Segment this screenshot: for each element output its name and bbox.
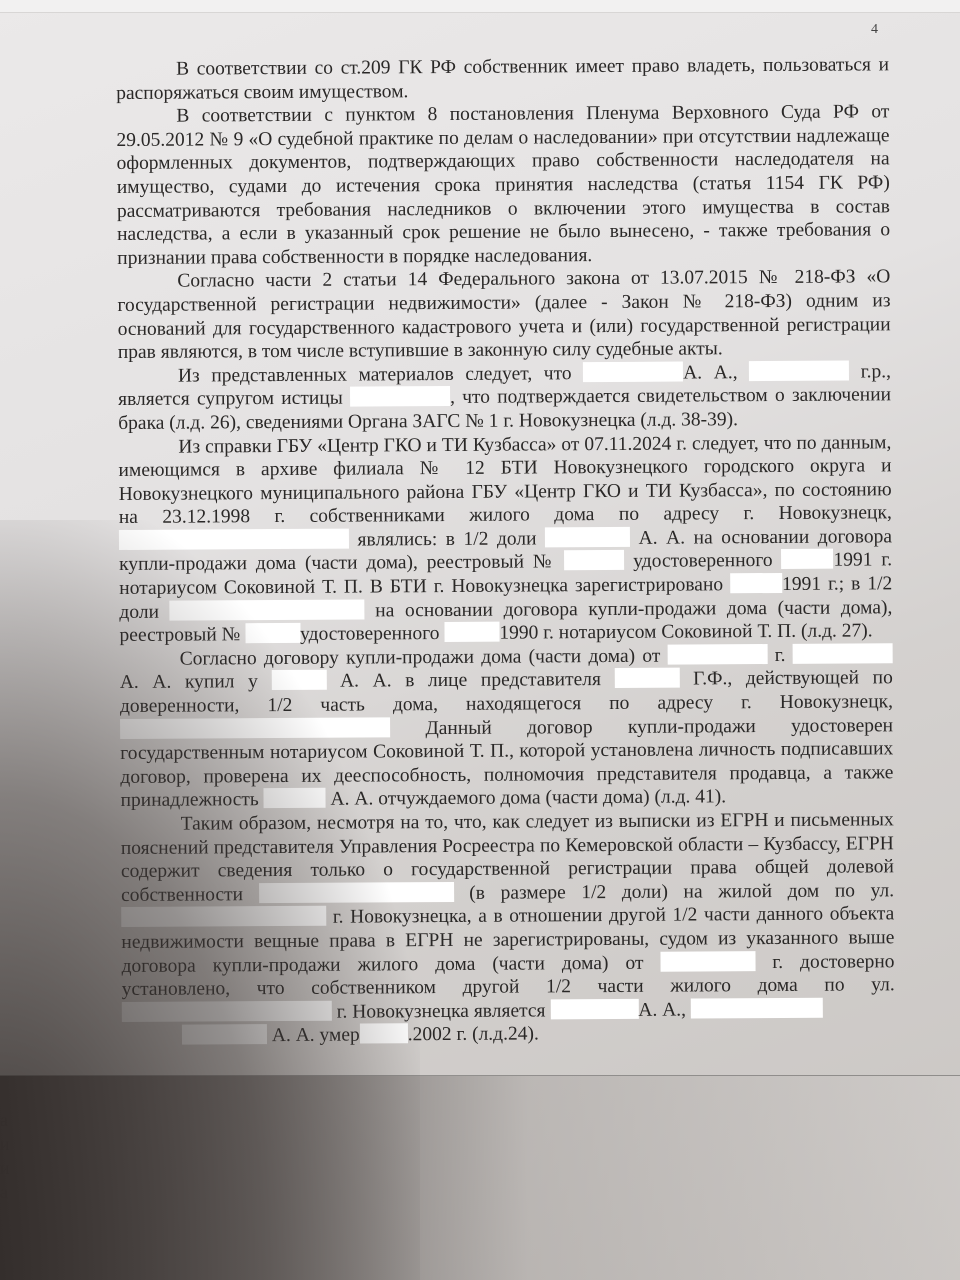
paragraph-bti-certificate: Из справки ГБУ «Центр ГКО и ТИ Кузбасса»… [118, 431, 892, 648]
page-number: 4 [871, 22, 878, 38]
paragraph-marriage-evidence: Из представленных материалов следует, чт… [118, 360, 891, 436]
fold-line [0, 1075, 960, 1076]
redacted-block [121, 906, 326, 927]
redacted-block [550, 999, 638, 1020]
redacted-block [545, 527, 630, 548]
redacted-block [793, 643, 893, 664]
shadow-overlay-bottom [0, 1076, 960, 1280]
redacted-block [749, 360, 849, 381]
redacted-block [120, 717, 390, 739]
redacted-block [614, 668, 679, 688]
redacted-block [583, 361, 683, 382]
redacted-block [691, 997, 823, 1018]
margin-fragment: и [0, 1156, 12, 1180]
paragraph-ownership-rights: В соответствии со ст.209 ГК РФ собственн… [116, 53, 889, 105]
redacted-block [660, 951, 755, 972]
redacted-block [182, 1024, 267, 1045]
redacted-block [170, 599, 365, 620]
redacted-block [350, 386, 450, 407]
page-top-edge [0, 0, 960, 13]
redacted-block [122, 1000, 332, 1021]
left-margin-fragments: аииа [0, 1108, 12, 1204]
margin-fragment: и [0, 1132, 12, 1156]
paragraph-plenum-resolution: В соответствии с пунктом 8 постановления… [116, 100, 890, 270]
redacted-block [264, 788, 326, 808]
redacted-block [730, 573, 782, 593]
paragraph-sale-contract: Согласно договору купли-продажи дома (ча… [120, 643, 894, 813]
paragraph-death-record: А. А. умер.2002 г. (л.д.24). [122, 1021, 895, 1049]
paragraph-conclusion: Таким образом, несмотря на то, что, как … [121, 808, 895, 1025]
redacted-block [781, 549, 833, 569]
redacted-block [271, 670, 326, 690]
redacted-block [667, 644, 767, 665]
redacted-block [259, 882, 454, 903]
redacted-block [360, 1024, 408, 1044]
redacted-block [119, 528, 349, 549]
margin-fragment: а [0, 1180, 12, 1204]
document-body: В соответствии со ст.209 ГК РФ собственн… [116, 53, 895, 1049]
redacted-block [245, 623, 300, 643]
paragraph-federal-law-218: Согласно части 2 статьи 14 Федерального … [117, 266, 891, 365]
redacted-block [444, 622, 499, 642]
margin-fragment: а [0, 1108, 12, 1132]
redacted-block [564, 550, 624, 570]
